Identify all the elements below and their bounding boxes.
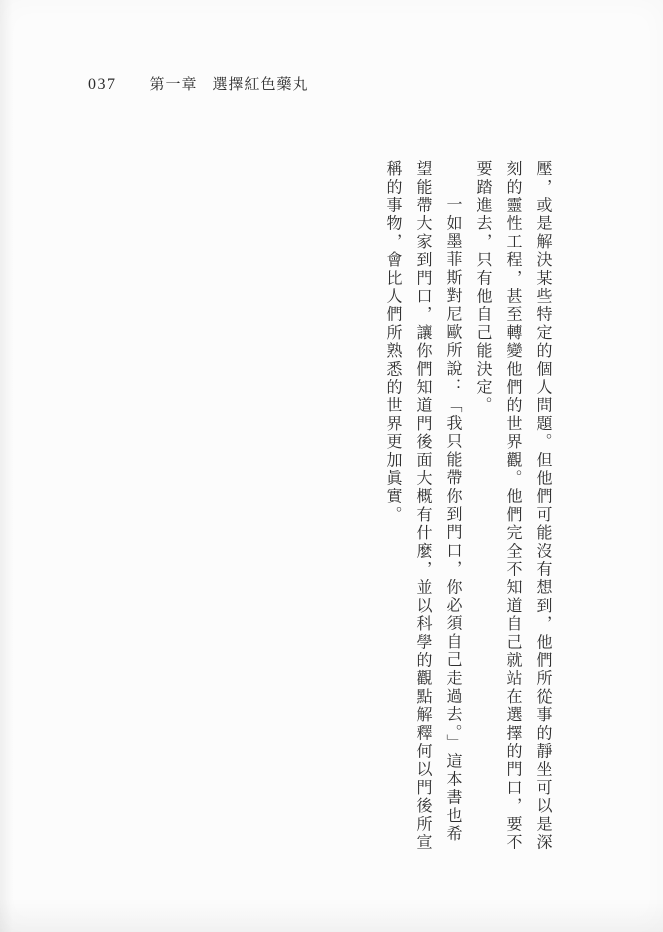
page-number: 037 — [88, 76, 117, 94]
paragraph-continuation: 壓，或是解決某些特定的個人問題。但他們可能沒有想到，他們所從事的靜坐可以是深刻的… — [467, 160, 557, 854]
running-head: 037 第一章 選擇紅色藥丸 — [88, 73, 309, 94]
chapter-label: 第一章 — [150, 73, 198, 94]
paragraph: 一如墨菲斯對尼歐所說：「我只能帶你到門口，你必須自己走過去。」這本書也希望能帶大… — [377, 160, 467, 854]
chapter-title: 選擇紅色藥丸 — [213, 73, 309, 94]
body-text-block: 壓，或是解決某些特定的個人問題。但他們可能沒有想到，他們所從事的靜坐可以是深刻的… — [377, 160, 557, 854]
book-page: 037 第一章 選擇紅色藥丸 壓，或是解決某些特定的個人問題。但他們可能沒有想到… — [0, 0, 663, 932]
